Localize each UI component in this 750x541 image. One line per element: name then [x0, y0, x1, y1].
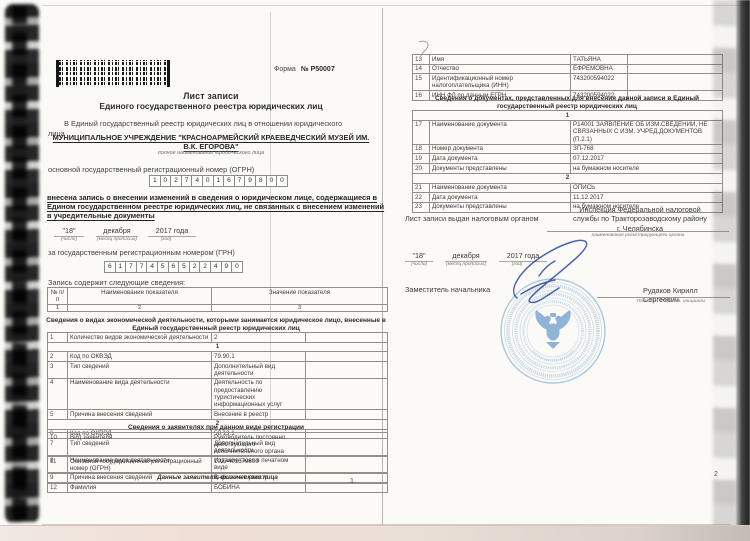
- table-row: 4Наименование вида деятельностиДеятельно…: [48, 378, 388, 409]
- issued-by-label: Лист записи выдан налоговым органом: [405, 214, 547, 223]
- applicants-section-title: Сведения о заявителях при данном виде ре…: [46, 424, 386, 432]
- organization-name-caption: полное наименование юридического лица: [46, 150, 376, 156]
- table-row: 18Номер документаЗП-768: [413, 144, 723, 154]
- table-row: 21Наименование документаОПИСЬ: [413, 183, 723, 193]
- grn-digit: 0: [231, 261, 243, 273]
- page-1: Форма№ Р50007 Лист записи Единого госуда…: [46, 0, 388, 541]
- table-row: 10Вид заявителяРуководитель постоянно де…: [48, 433, 388, 457]
- date-day: "18": [54, 226, 84, 237]
- scan-left-shadow: [5, 4, 39, 523]
- official-title: Заместитель начальника: [405, 285, 490, 294]
- table-row: 2Код по ОКВЭД79.90.1: [48, 352, 388, 362]
- contains-label: Запись содержит следующие сведения:: [48, 278, 185, 287]
- applicant-person-table: 13ИмяТАТЬЯНА 14ОтчествоЕФРЕМОВНА 15Идент…: [412, 54, 723, 101]
- applicants-table: 10Вид заявителяРуководитель постоянно де…: [47, 432, 388, 493]
- table-colnum-row: 1 2 3: [48, 304, 388, 311]
- col-name-header: Наименование показателя: [68, 288, 212, 305]
- form-label: Форма: [274, 66, 296, 73]
- document-title: Лист записи: [46, 91, 376, 101]
- table-row: 17Наименование документаР14001 ЗАЯВЛЕНИЕ…: [413, 120, 723, 144]
- ogrn-digit: 0: [276, 175, 288, 187]
- tax-authority-name: Инспекция Федеральной налоговой службы п…: [547, 205, 733, 233]
- organization-name: МУНИЦИПАЛЬНОЕ УЧРЕЖДЕНИЕ "КРАСНОАРМЕЙСКИ…: [50, 134, 372, 151]
- documents-table: 1 17Наименование документаР14001 ЗАЯВЛЕН…: [412, 110, 723, 213]
- table-header-row: № п/п Наименование показателя Значение п…: [48, 288, 388, 305]
- activities-section-title: Сведения о видах экономической деятельно…: [46, 317, 386, 332]
- table-row: 19Дата документа07.12.2017: [413, 154, 723, 164]
- scan-right-shadow-light: [713, 0, 737, 532]
- handwritten-signature: [495, 236, 625, 310]
- table-row: 12ФамилияБОБИНА: [48, 483, 388, 493]
- group-row: 1: [48, 342, 388, 352]
- page-number: 1: [350, 478, 354, 485]
- table-row: 5Причина внесения сведенийВнесение в рее…: [48, 410, 388, 420]
- ogrn-label: основной государственный регистрационный…: [48, 165, 254, 174]
- double-eagle-emblem: [535, 310, 570, 349]
- col-value-header: Значение показателя: [212, 288, 388, 305]
- table-row: 15Идентификационный номер налогоплательщ…: [413, 74, 723, 91]
- grn-digit-boxes: 6177456522490: [105, 261, 243, 273]
- table-row: 14ОтчествоЕФРЕМОВНА: [413, 64, 723, 74]
- grn-label: за государственным регистрационным номер…: [48, 248, 235, 257]
- date-year: 2017 года: [148, 226, 196, 237]
- barcode: [56, 60, 170, 87]
- intro-line-1: В Единый государственный реестр юридичес…: [48, 119, 342, 129]
- document-subtitle: Единого государственного реестра юридиче…: [46, 101, 376, 111]
- table-row: 20Документы представленына бумажном носи…: [413, 164, 723, 174]
- date-month: декабря: [445, 251, 487, 262]
- table-row: 1Количество видов экономической деятельн…: [48, 333, 388, 343]
- table-row: 3Тип сведенийДополнительный вид деятельн…: [48, 362, 388, 379]
- scan-bottom-strip: [0, 525, 750, 541]
- date-month: декабря: [96, 226, 138, 237]
- page-2: 13ИмяТАТЬЯНА 14ОтчествоЕФРЕМОВНА 15Идент…: [395, 0, 740, 541]
- scanned-document: Форма№ Р50007 Лист записи Единого госуда…: [0, 0, 750, 541]
- form-number: Форма№ Р50007: [274, 66, 335, 73]
- table-row: 11Основной государственный регистрационн…: [48, 457, 388, 474]
- group-row: 2: [413, 173, 723, 183]
- date-day: "18": [405, 251, 433, 262]
- col-num-header: № п/п: [48, 288, 68, 305]
- form-number-value: № Р50007: [301, 66, 335, 73]
- record-date-captions: (число)(месяц прописью)(год): [54, 237, 181, 242]
- group-row: 1: [413, 111, 723, 121]
- ogrn-digit-boxes: 1027401679800: [150, 175, 288, 187]
- record-date: "18"декабря2017 года: [54, 226, 196, 237]
- main-table-header: № п/п Наименование показателя Значение п…: [47, 287, 388, 312]
- scan-right-shadow: [736, 0, 750, 541]
- documents-section-title: Сведения о документах, представленных дл…: [407, 95, 727, 111]
- record-statement: внесена запись о внесении изменений в св…: [47, 193, 387, 220]
- subsection-row: Данные заявителя, физического лица: [48, 473, 388, 483]
- table-row: 22Дата документа11.12.2017: [413, 193, 723, 203]
- table-row: 13ИмяТАТЬЯНА: [413, 55, 723, 65]
- authority-underline: [547, 231, 729, 232]
